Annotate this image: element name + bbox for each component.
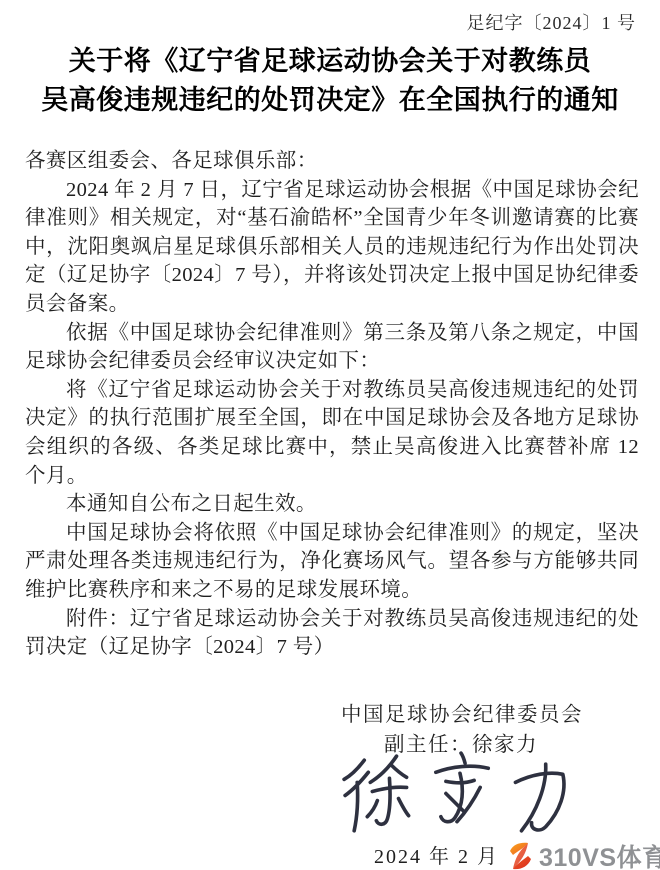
document-title: 关于将《辽宁省足球运动协会关于对教练员 吴高俊违规违纪的处罚决定》在全国执行的通…	[10, 42, 650, 120]
watermark: 310VS体育	[507, 838, 660, 870]
official-notice-document: 足纪字〔2024〕1 号 关于将《辽宁省足球运动协会关于对教练员 吴高俊违规违纪…	[0, 0, 660, 870]
signature-date: 2024 年 2 月	[374, 840, 499, 869]
watermark-label: 310VS体育	[539, 838, 660, 870]
lightning-s-logo-icon	[507, 841, 534, 870]
document-title-line-2: 吴高俊违规违纪的处罚决定》在全国执行的通知	[10, 81, 650, 120]
salutation: 各赛区组委会、各足球俱乐部：	[25, 147, 639, 176]
signature-organization: 中国足球协会纪律委员会	[341, 697, 583, 727]
paragraph: 依据《中国足球协会纪律准则》第三条及第八条之规定，中国足球协会纪律委员会经审议决…	[25, 319, 639, 376]
document-title-line-1: 关于将《辽宁省足球运动协会关于对教练员	[10, 42, 650, 81]
document-body: 各赛区组委会、各足球俱乐部： 2024 年 2 月 7 日，辽宁省足球运动协会根…	[25, 147, 639, 662]
attachment-paragraph: 附件：辽宁省足球运动协会关于对教练员吴高俊违规违纪的处罚决定（辽足协字〔2024…	[25, 605, 639, 662]
document-reference-number: 足纪字〔2024〕1 号	[467, 9, 637, 35]
paragraph: 2024 年 2 月 7 日，辽宁省足球运动协会根据《中国足球协会纪律准则》相关…	[25, 176, 639, 319]
paragraph: 将《辽宁省足球运动协会关于对教练员吴高俊违规违纪的处罚决定》的执行范围扩展至全国…	[25, 376, 639, 490]
handwritten-signature	[332, 748, 584, 844]
paragraph: 中国足球协会将依照《中国足球协会纪律准则》的规定，坚决严肃处理各类违规违纪行为，…	[25, 519, 639, 605]
paragraph: 本通知自公布之日起生效。	[25, 490, 639, 519]
